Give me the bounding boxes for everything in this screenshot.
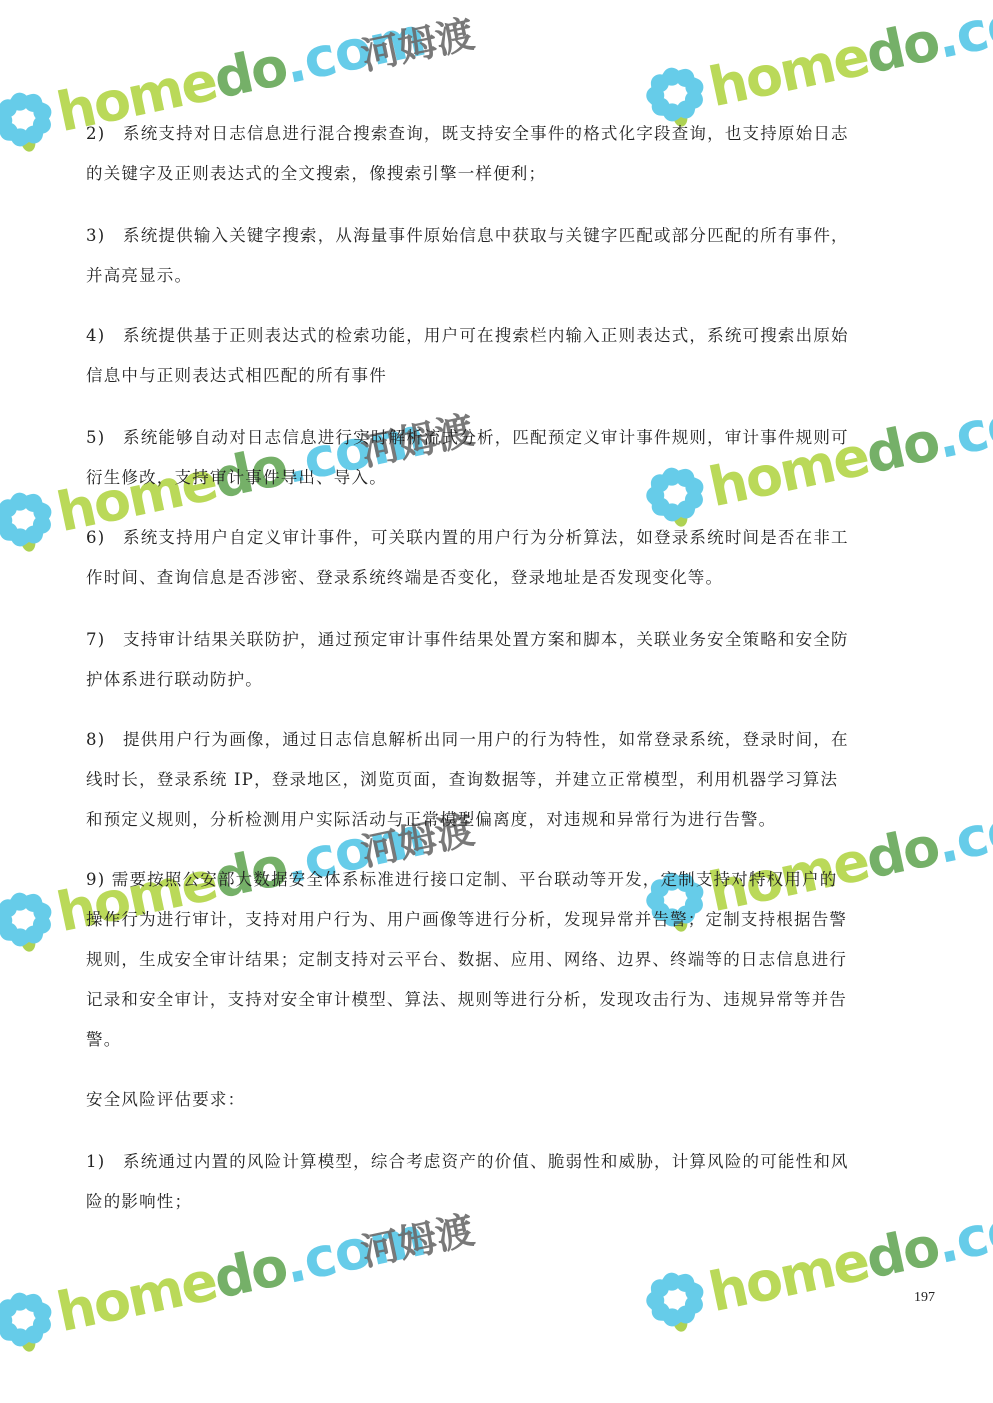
page-number: 197 bbox=[914, 1290, 935, 1306]
text-line: 并高亮显示。 bbox=[86, 256, 936, 296]
flower-logo-icon bbox=[639, 1264, 713, 1338]
text-line: 作时间、查询信息是否涉密、登录系统终端是否变化，登录地址是否发现变化等。 bbox=[86, 558, 936, 598]
flower-logo-icon bbox=[0, 84, 61, 158]
text-line: 衍生修改，支持审计事件导出、导入。 bbox=[86, 458, 936, 498]
text-line: 和预定义规则，分析检测用户实际活动与正常模型偏离度，对违规和异常行为进行告警。 bbox=[86, 800, 936, 840]
text-line: 1) 系统通过内置的风险计算模型，综合考虑资产的价值、脆弱性和威胁，计算风险的可… bbox=[86, 1142, 936, 1182]
paragraph-risk-1: 1) 系统通过内置的风险计算模型，综合考虑资产的价值、脆弱性和威胁，计算风险的可… bbox=[86, 1142, 936, 1222]
text-line: 的关键字及正则表达式的全文搜索，像搜索引擎一样便利； bbox=[86, 154, 936, 194]
text-line: 信息中与正则表达式相匹配的所有事件 bbox=[86, 356, 936, 396]
text-line: 5) 系统能够自动对日志信息进行实时解析流式分析，匹配预定义审计事件规则，审计事… bbox=[86, 418, 936, 458]
document-page: homedo.com 河姆渡 homedo.com homedo.com 河姆渡… bbox=[0, 0, 993, 1403]
text-line: 线时长，登录系统 IP，登录地区，浏览页面，查询数据等，并建立正常模型，利用机器… bbox=[86, 760, 936, 800]
paragraph-5: 5) 系统能够自动对日志信息进行实时解析流式分析，匹配预定义审计事件规则，审计事… bbox=[86, 418, 936, 498]
text-line: 3) 系统提供输入关键字搜索，从海量事件原始信息中获取与关键字匹配或部分匹配的所… bbox=[86, 216, 936, 256]
heading-text: 安全风险评估要求： bbox=[86, 1080, 936, 1120]
text-line: 记录和安全审计，支持对安全审计模型、算法、规则等进行分析，发现攻击行为、违规异常… bbox=[86, 980, 936, 1020]
flower-logo-icon bbox=[0, 884, 61, 958]
text-line: 2) 系统支持对日志信息进行混合搜索查询，既支持安全事件的格式化字段查询，也支持… bbox=[86, 114, 936, 154]
paragraph-3: 3) 系统提供输入关键字搜索，从海量事件原始信息中获取与关键字匹配或部分匹配的所… bbox=[86, 216, 936, 296]
text-line: 护体系进行联动防护。 bbox=[86, 660, 936, 700]
flower-logo-icon bbox=[0, 1284, 61, 1358]
paragraph-4: 4) 系统提供基于正则表达式的检索功能，用户可在搜索栏内输入正则表达式，系统可搜… bbox=[86, 316, 936, 396]
text-line: 4) 系统提供基于正则表达式的检索功能，用户可在搜索栏内输入正则表达式，系统可搜… bbox=[86, 316, 936, 356]
text-line: 操作行为进行审计，支持对用户行为、用户画像等进行分析，发现异常并告警；定制支持根… bbox=[86, 900, 936, 940]
text-line: 7) 支持审计结果关联防护，通过预定审计事件结果处置方案和脚本，关联业务安全策略… bbox=[86, 620, 936, 660]
text-line: 险的影响性； bbox=[86, 1182, 936, 1222]
text-line: 6) 系统支持用户自定义审计事件，可关联内置的用户行为分析算法，如登录系统时间是… bbox=[86, 518, 936, 558]
flower-logo-icon bbox=[0, 484, 61, 558]
paragraph-7: 7) 支持审计结果关联防护，通过预定审计事件结果处置方案和脚本，关联业务安全策略… bbox=[86, 620, 936, 700]
paragraph-2: 2) 系统支持对日志信息进行混合搜索查询，既支持安全事件的格式化字段查询，也支持… bbox=[86, 114, 936, 194]
paragraph-9: 9) 需要按照公安部大数据安全体系标准进行接口定制、平台联动等开发，定制支持对特… bbox=[86, 860, 936, 1060]
watermark-cn: 河姆渡 bbox=[356, 3, 479, 81]
text-line: 警。 bbox=[86, 1020, 936, 1060]
text-line: 8) 提供用户行为画像，通过日志信息解析出同一用户的行为特性，如常登录系统，登录… bbox=[86, 720, 936, 760]
watermark-logo: homedo.com bbox=[0, 1205, 430, 1358]
section-heading-risk-assessment: 安全风险评估要求： bbox=[86, 1080, 936, 1120]
text-line: 9) 需要按照公安部大数据安全体系标准进行接口定制、平台联动等开发，定制支持对特… bbox=[86, 860, 936, 900]
paragraph-8: 8) 提供用户行为画像，通过日志信息解析出同一用户的行为特性，如常登录系统，登录… bbox=[86, 720, 936, 840]
paragraph-6: 6) 系统支持用户自定义审计事件，可关联内置的用户行为分析算法，如登录系统时间是… bbox=[86, 518, 936, 598]
text-line: 规则，生成安全审计结果；定制支持对云平台、数据、应用、网络、边界、终端等的日志信… bbox=[86, 940, 936, 980]
